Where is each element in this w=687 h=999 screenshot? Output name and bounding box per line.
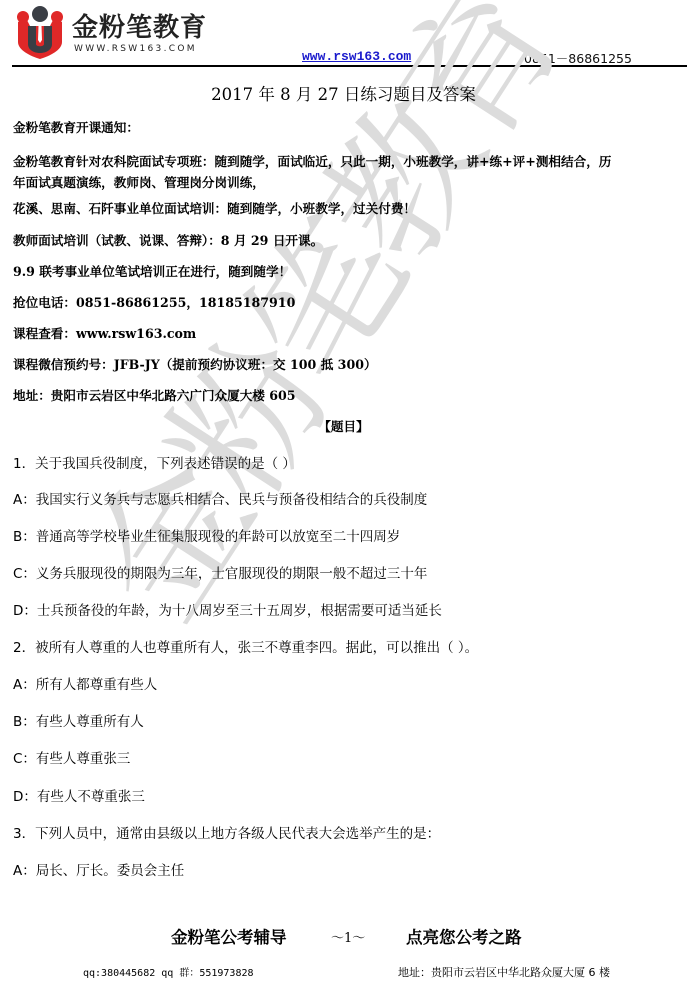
question-option: A：局长、厅长。委员会主任 bbox=[13, 859, 184, 879]
question-option: A：我国实行义务兵与志愿兵相结合、民兵与预备役相结合的兵役制度 bbox=[13, 488, 427, 508]
notice-line: 9.9 联考事业单位笔试培训正在进行，随到随学！ bbox=[13, 261, 291, 280]
document-body: 2017 年 8 月 27 日练习题目及答案 金粉笔教育开课通知： 金粉笔教育针… bbox=[0, 0, 687, 999]
footer-qq: qq:380445682 qq 群：551973828 bbox=[83, 964, 254, 979]
notice-line: 花溪、思南、石阡事业单位面试培训：随到随学，小班教学，过关付费！ bbox=[13, 198, 416, 217]
notice-address-line: 地址：贵阳市云岩区中华北路六广门众厦大楼 605 bbox=[13, 385, 296, 404]
footer-slogan-right: 点亮您公考之路 bbox=[406, 924, 522, 948]
question-option: C：义务兵服现役的期限为三年，士官服现役的期限一般不超过三十年 bbox=[13, 562, 427, 582]
question-option: D：士兵预备役的年龄，为十八周岁至三十五周岁，根据需要可适当延长 bbox=[13, 599, 442, 619]
question-stem: 2．被所有人尊重的人也尊重所有人，张三不尊重李四。据此，可以推出（ ）。 bbox=[13, 636, 478, 656]
notice-heading: 金粉笔教育开课通知： bbox=[13, 117, 139, 136]
notice-wechat-line: 课程微信预约号：JFB-JY（提前预约协议班：交 100 抵 300） bbox=[13, 354, 377, 373]
footer-slogan: 金粉笔公考辅导 ～1～ 点亮您公考之路 bbox=[0, 924, 687, 946]
question-option: B：有些人尊重所有人 bbox=[13, 710, 144, 730]
question-option: A：所有人都尊重有些人 bbox=[13, 673, 157, 693]
footer-slogan-left: 金粉笔公考辅导 bbox=[171, 924, 287, 948]
section-heading-questions: 【题目】 bbox=[0, 416, 687, 435]
notice-line: 教师面试培训（试教、说课、答辩）：8 月 29 日开课。 bbox=[13, 230, 323, 249]
notice-line: 年面试真题演练，教师岗、管理岗分岗训练， bbox=[13, 172, 265, 191]
document-title: 2017 年 8 月 27 日练习题目及答案 bbox=[0, 81, 687, 105]
question-option: D：有些人不尊重张三 bbox=[13, 785, 145, 805]
notice-phone-line: 抢位电话：0851-86861255，18185187910 bbox=[13, 292, 295, 311]
notice-website-line: 课程查看：www.rsw163.com bbox=[13, 323, 196, 342]
notice-line: 金粉笔教育针对农科院面试专项班：随到随学，面试临近，只此一期，小班教学，讲+练+… bbox=[13, 151, 611, 170]
question-option: B：普通高等学校毕业生征集服现役的年龄可以放宽至二十四周岁 bbox=[13, 525, 400, 545]
question-stem: 3．下列人员中，通常由县级以上地方各级人民代表大会选举产生的是： bbox=[13, 822, 440, 842]
footer-address: 地址：贵阳市云岩区中华北路众厦大厦 6 楼 bbox=[398, 964, 610, 980]
question-option: C：有些人尊重张三 bbox=[13, 747, 130, 767]
question-stem: 1．关于我国兵役制度，下列表述错误的是（ ） bbox=[13, 452, 296, 472]
page-number: ～1～ bbox=[331, 927, 365, 946]
